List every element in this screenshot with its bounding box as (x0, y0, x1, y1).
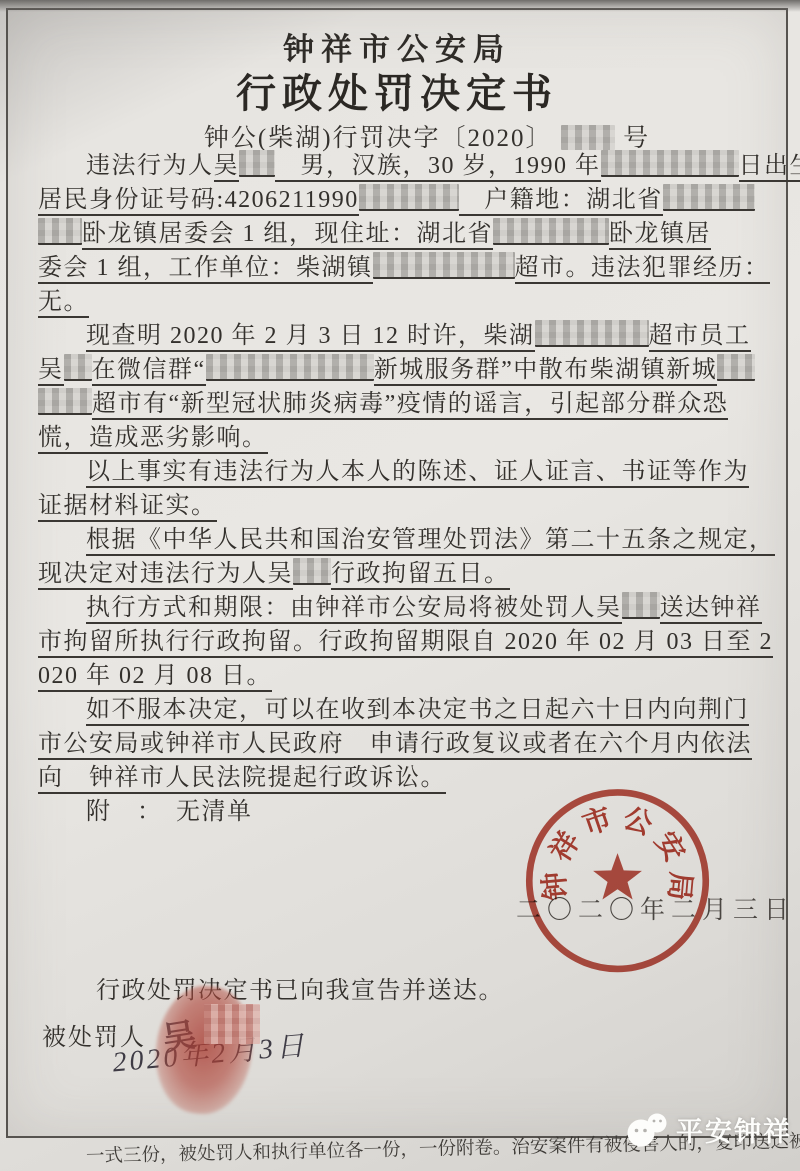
body-line: 吴在微信群“新城服务群”中散布柴湖镇新城 (38, 354, 790, 388)
text-segment: 违法行为人 (86, 153, 214, 179)
text-segment: 申请行政复议或者在六个月内依法 (344, 731, 752, 760)
redaction-block (38, 388, 92, 415)
text-segment: 日出生， (739, 153, 800, 182)
paragraph-violator-info: 违法行为人吴 男，汉族，30 岁，1990 年日出生，居民身份证号码:42062… (38, 150, 790, 320)
acknowledgement-statement: 行政处罚决定书已向我宣告并送达。 (96, 970, 504, 1005)
body-line: 居民身份证号码:4206211990 户籍地：湖北省 (38, 184, 790, 218)
redaction-block (663, 184, 755, 211)
redaction-block (38, 218, 82, 245)
wechat-icon (626, 1111, 670, 1149)
body-line: 委会 1 组，工作单位：柴湖镇超市。违法犯罪经历： (38, 252, 790, 286)
text-segment: 荆门 (698, 697, 749, 726)
text-segment: 根据《中华人民共和国治安管理处罚法》第二十五条之规定， (86, 527, 775, 556)
paragraph-facts: 现查明 2020 年 2 月 3 日 12 时许，柴湖超市员工吴在微信群“新城服… (38, 320, 790, 456)
text-segment: 执行方式和期限：由钟祥市公安局将被处罚人吴 (86, 595, 622, 624)
body-line: 证据材料证实。 (38, 490, 790, 524)
text-segment: 无。 (38, 289, 89, 318)
text-segment: 吴 (38, 357, 64, 386)
text-segment: 超市员工 (649, 323, 751, 352)
text-segment: 市拘留所执行行政拘留。行政拘留期限自 2020 年 02 月 03 日至 2 (38, 629, 773, 658)
redaction-block (373, 252, 515, 279)
seal-char: 祥 (544, 826, 587, 868)
text-segment: 新城服务群”中散布柴湖镇新城 (374, 357, 718, 386)
text-segment: 在微信群“ (92, 357, 206, 386)
body-line: 市拘留所执行行政拘留。行政拘留期限自 2020 年 02 月 03 日至 2 (38, 626, 790, 660)
watermark-label: 平安钟祥 (676, 1110, 792, 1149)
body-line: 现查明 2020 年 2 月 3 日 12 时许，柴湖超市员工 (38, 320, 790, 354)
document-photo: { "document": { "agency": "钟祥市公安局", "tit… (0, 0, 800, 1171)
body-line: 以上事实有违法行为人本人的陈述、证人证言、书证等作为 (38, 456, 790, 490)
seal-char: 安 (648, 826, 691, 868)
paragraph-appeal-rights: 如不服本决定，可以在收到本决定书之日起六十日内向荆门市公安局或钟祥市人民政府 申… (38, 694, 790, 796)
text-segment: 超市。违法犯罪经历： (515, 255, 770, 284)
body-line: 根据《中华人民共和国治安管理处罚法》第二十五条之规定， (38, 524, 790, 558)
text-segment: 卧龙镇居委会 1 组，现住址：湖北省 (82, 221, 493, 250)
paragraph-decision: 根据《中华人民共和国治安管理处罚法》第二十五条之规定，现决定对违法行为人吴行政拘… (38, 524, 790, 592)
text-segment: 超市有“新型冠状肺炎病毒”疫情的谣言，引起部分群众恐 (92, 391, 728, 420)
redaction-block (493, 218, 609, 245)
text-segment: 吴 (214, 153, 240, 182)
document-border: 钟祥市公安局 行政处罚决定书 钟公(柴湖)行罚决字〔2020〕 号 违法行为人吴… (6, 8, 788, 1138)
seal-char: 公 (619, 803, 657, 842)
redaction-block (717, 354, 755, 381)
redaction-block (601, 150, 739, 177)
paragraph-execution: 执行方式和期限：由钟祥市公安局将被处罚人吴送达钟祥市拘留所执行行政拘留。行政拘留… (38, 592, 790, 694)
text-segment: 户籍地：湖北省 (459, 187, 663, 216)
body-line: 020 年 02 月 08 日。 (38, 660, 790, 694)
body-line: 慌，造成恶劣影响。 (38, 422, 790, 456)
text-segment: 证据材料证实。 (38, 493, 217, 522)
redaction-block (64, 354, 92, 381)
text-segment: 慌，造成恶劣影响。 (38, 425, 268, 454)
seal-char: 市 (579, 802, 616, 842)
document-number-suffix: 号 (623, 125, 650, 152)
signature-redaction-block (204, 1004, 260, 1044)
text-segment: 送达钟祥 (660, 595, 762, 624)
text-segment: 委会 1 组，工作单位：柴湖镇 (38, 255, 373, 284)
body-line: 现决定对违法行为人吴行政拘留五日。 (38, 558, 790, 592)
redaction-block (206, 354, 374, 381)
text-segment: 向 钟祥市人民法院提起行政诉讼。 (38, 765, 446, 794)
text-segment: 如不服本决定，可以在收到本决定书之日起六十日内向 (86, 697, 698, 726)
text-segment: 居民身份证号码:4206211990 (38, 187, 359, 216)
redaction-block (239, 150, 275, 177)
body-line: 无。 (38, 286, 790, 320)
body-line: 市公安局或钟祥市人民政府 申请行政复议或者在六个月内依法 (38, 728, 790, 762)
paragraph-evidence: 以上事实有违法行为人本人的陈述、证人证言、书证等作为证据材料证实。 (38, 456, 790, 524)
redaction-block (622, 592, 660, 619)
body-line: 卧龙镇居委会 1 组，现住址：湖北省卧龙镇居 (38, 218, 790, 252)
seal-char: 钟 (537, 870, 572, 902)
seal-char: 局 (662, 871, 695, 902)
text-segment: 男，汉族，30 岁，1990 年 (275, 153, 601, 182)
text-segment: 以上事实有违法行为人本人的陈述、证人证言、书证等作为 (86, 459, 749, 488)
text-segment: 市公安局或钟祥市人民政府 (38, 731, 344, 760)
redaction-block (535, 320, 649, 347)
text-segment: 现查明 2020 年 2 月 3 日 12 时许，柴湖 (86, 323, 535, 352)
text-segment: 卧龙镇居 (609, 221, 711, 250)
document-body: 违法行为人吴 男，汉族，30 岁，1990 年日出生，居民身份证号码:42062… (38, 150, 790, 830)
body-line: 如不服本决定，可以在收到本决定书之日起六十日内向荆门 (38, 694, 790, 728)
redaction-block (293, 558, 331, 585)
redaction-block (359, 184, 459, 211)
body-line: 违法行为人吴 男，汉族，30 岁，1990 年日出生， (38, 150, 790, 184)
text-segment: 020 年 02 月 08 日。 (38, 663, 272, 692)
seal-star (593, 853, 642, 899)
official-seal: 钟祥市公安局 (516, 782, 720, 986)
body-line: 超市有“新型冠状肺炎病毒”疫情的谣言，引起部分群众恐 (38, 388, 790, 422)
document-number-prefix: 钟公(柴湖)行罚决字〔2020〕 (204, 125, 553, 152)
text-segment: 行政拘留五日。 (331, 561, 510, 590)
text-segment: 附 ： 无清单 (86, 799, 253, 825)
text-segment: 现决定对违法行为人吴 (38, 561, 293, 590)
document-title: 行政处罚决定书 (8, 62, 786, 119)
document-number: 钟公(柴湖)行罚决字〔2020〕 号 (38, 118, 800, 154)
watermark: 平安钟祥 (626, 1110, 792, 1149)
body-line: 执行方式和期限：由钟祥市公安局将被处罚人吴送达钟祥 (38, 592, 790, 626)
redaction-block (561, 125, 615, 150)
